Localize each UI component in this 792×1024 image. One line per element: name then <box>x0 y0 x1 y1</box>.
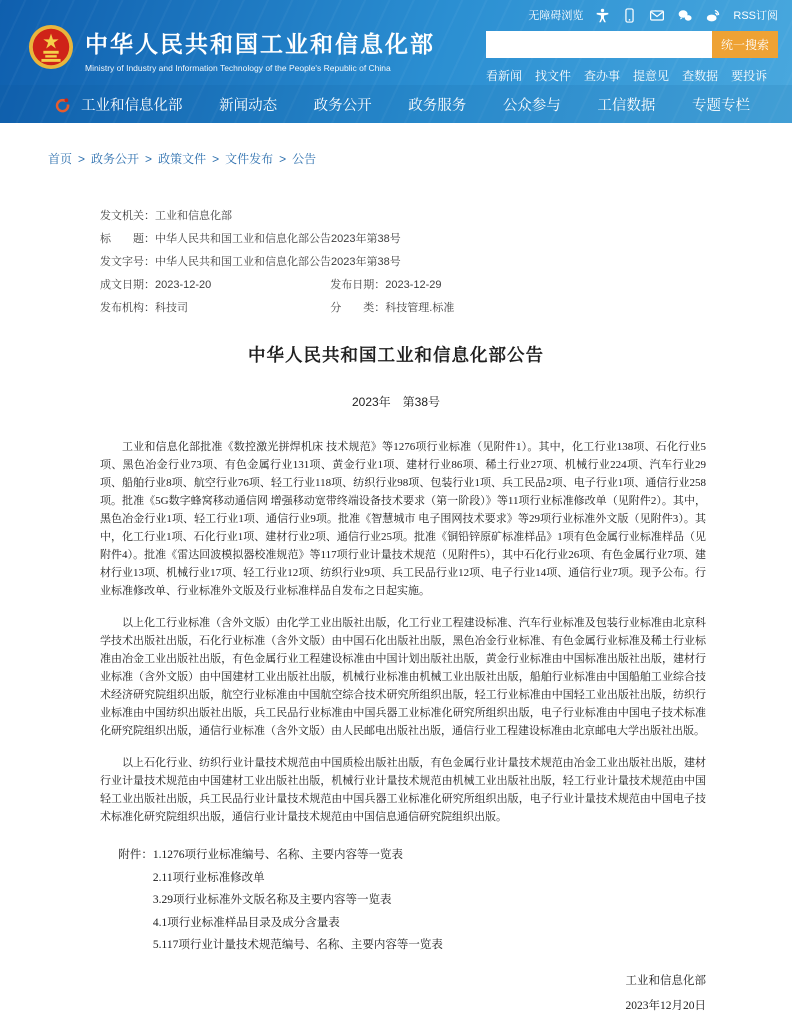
breadcrumb-policy-documents[interactable]: 政策文件 <box>158 150 206 167</box>
attachments: 附件： 1.1276项行业标准编号、名称、主要内容等一览表 2.11项行业标准修… <box>100 844 706 957</box>
quick-links: 看新闻 找文件 查办事 提意见 查数据 要投诉 <box>486 67 778 84</box>
meta-row-doc-number: 发文字号： 中华人民共和国工业和信息化部公告2023年第38号 <box>100 251 706 274</box>
utility-bar: 无障碍浏览 RSS订阅 <box>528 7 778 23</box>
paragraph-2: 以上化工行业标准（含外文版）由化学工业出版社出版，化工行业工程建设标准、汽车行业… <box>100 614 706 740</box>
breadcrumb-gov-disclosure[interactable]: 政务公开 <box>91 150 139 167</box>
nav-item-news[interactable]: 新闻动态 <box>219 94 277 115</box>
brand: 中华人民共和国工业和信息化部 Ministry of Industry and … <box>28 24 435 75</box>
meta-label: 发布日期： <box>330 274 385 297</box>
quick-link-feedback[interactable]: 提意见 <box>633 67 669 84</box>
mail-icon[interactable] <box>649 8 665 23</box>
nav-item-miit-data[interactable]: 工信数据 <box>597 94 655 115</box>
meta-value: 2023-12-20 <box>155 274 211 297</box>
content: 首页 > 政务公开 > 政策文件 > 文件发布 > 公告 发文机关： 工业和信息… <box>0 150 792 1019</box>
meta-row-issuing-org: 发文机关： 工业和信息化部 <box>100 205 706 228</box>
quick-link-documents[interactable]: 找文件 <box>535 67 571 84</box>
nav-item-home[interactable]: 工业和信息化部 <box>81 94 183 115</box>
attachment-item: 2.11项行业标准修改单 <box>153 867 706 890</box>
quick-link-news[interactable]: 看新闻 <box>486 67 522 84</box>
rss-link[interactable]: RSS订阅 <box>733 7 778 23</box>
breadcrumb-separator: > <box>279 152 286 166</box>
meta-value: 工业和信息化部 <box>155 205 232 228</box>
main-nav: 工业和信息化部 新闻动态 政务公开 政务服务 公众参与 工信数据 专题专栏 <box>0 85 792 123</box>
signature-org: 工业和信息化部 <box>100 969 706 994</box>
paragraph-3: 以上石化行业、纺织行业计量技术规范由中国质检出版社出版，有色金属行业计量技术规范… <box>100 754 706 826</box>
nav-item-participation[interactable]: 公众参与 <box>503 94 561 115</box>
breadcrumb-home[interactable]: 首页 <box>48 150 72 167</box>
breadcrumb: 首页 > 政务公开 > 政策文件 > 文件发布 > 公告 <box>48 150 792 167</box>
attachment-item: 3.29项行业标准外文版名称及主要内容等一览表 <box>153 889 706 912</box>
nav-item-special-topics[interactable]: 专题专栏 <box>692 94 750 115</box>
meta-value: 中华人民共和国工业和信息化部公告2023年第38号 <box>155 251 401 274</box>
meta-label: 发文机关： <box>100 205 155 228</box>
signature-date: 2023年12月20日 <box>100 994 706 1019</box>
signature-block: 工业和信息化部 2023年12月20日 <box>100 969 706 1019</box>
miit-logo-icon <box>54 96 71 113</box>
breadcrumb-separator: > <box>78 152 85 166</box>
meta-row-dates: 成文日期： 2023-12-20 发布日期： 2023-12-29 <box>100 274 706 297</box>
document-meta: 发文机关： 工业和信息化部 标 题： 中华人民共和国工业和信息化部公告2023年… <box>100 205 706 320</box>
site-title-english: Ministry of Industry and Information Tec… <box>85 63 435 73</box>
attachments-label: 附件： <box>100 844 153 957</box>
meta-value: 中华人民共和国工业和信息化部公告2023年第38号 <box>155 228 401 251</box>
issue-number: 2023年 第38号 <box>0 393 792 410</box>
attachment-item: 1.1276项行业标准编号、名称、主要内容等一览表 <box>153 844 706 867</box>
national-emblem-icon <box>28 24 74 75</box>
search-area: 统一搜索 看新闻 找文件 查办事 提意见 查数据 要投诉 <box>486 31 778 84</box>
breadcrumb-announcement[interactable]: 公告 <box>292 150 316 167</box>
search-button[interactable]: 统一搜索 <box>712 31 778 58</box>
meta-value: 科技管理.标准 <box>385 297 454 320</box>
quick-link-data[interactable]: 查数据 <box>682 67 718 84</box>
accessibility-icon[interactable] <box>595 8 610 23</box>
meta-label: 标 题： <box>100 228 155 251</box>
meta-row-org-category: 发布机构： 科技司 分 类： 科技管理.标准 <box>100 297 706 320</box>
breadcrumb-separator: > <box>145 152 152 166</box>
paragraph-1: 工业和信息化部批准《数控激光拼焊机床 技术规范》等1276项行业标准（见附件1）… <box>100 438 706 600</box>
site-title: 中华人民共和国工业和信息化部 <box>85 26 435 59</box>
wechat-icon[interactable] <box>677 8 693 23</box>
weibo-icon[interactable] <box>705 8 721 23</box>
meta-label: 发布机构： <box>100 297 155 320</box>
meta-label: 分 类： <box>330 297 385 320</box>
attachment-item: 5.117项行业计量技术规范编号、名称、主要内容等一览表 <box>153 934 706 957</box>
meta-row-title: 标 题： 中华人民共和国工业和信息化部公告2023年第38号 <box>100 228 706 251</box>
breadcrumb-separator: > <box>212 152 219 166</box>
breadcrumb-document-release[interactable]: 文件发布 <box>225 150 273 167</box>
document-body: 工业和信息化部批准《数控激光拼焊机床 技术规范》等1276项行业标准（见附件1）… <box>100 438 706 826</box>
meta-value: 科技司 <box>155 297 188 320</box>
quick-link-complaint[interactable]: 要投诉 <box>731 67 767 84</box>
meta-value: 2023-12-29 <box>385 274 441 297</box>
search-input[interactable] <box>486 31 712 58</box>
accessibility-link[interactable]: 无障碍浏览 <box>528 7 583 23</box>
attachment-item: 4.1项行业标准样品目录及成分含量表 <box>153 912 706 935</box>
document-title: 中华人民共和国工业和信息化部公告 <box>0 342 792 367</box>
nav-item-gov-services[interactable]: 政务服务 <box>408 94 466 115</box>
mobile-icon[interactable] <box>622 8 637 23</box>
meta-label: 成文日期： <box>100 274 155 297</box>
quick-link-services[interactable]: 查办事 <box>584 67 620 84</box>
meta-label: 发文字号： <box>100 251 155 274</box>
site-header: 无障碍浏览 RSS订阅 中华人 <box>0 0 792 123</box>
nav-item-gov-disclosure[interactable]: 政务公开 <box>314 94 372 115</box>
